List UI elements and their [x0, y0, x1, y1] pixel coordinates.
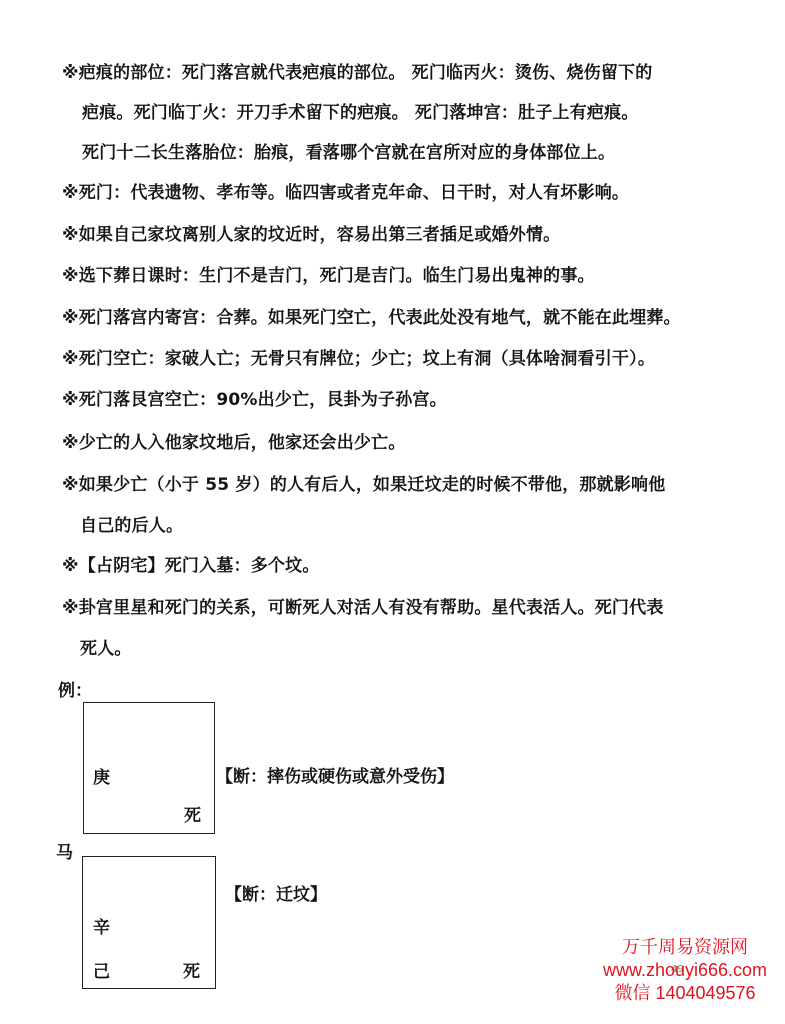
stem-xin: 辛 [93, 913, 110, 938]
watermark: 万千周易资源网 www.zhouyi666.com 微信 1404049576 [585, 936, 785, 1005]
horse-star-label: 马 [56, 838, 73, 863]
paragraph-grave-proximity: ※如果自己家坟离别人家的坟近时，容易出第三者插足或婚外情。 [62, 220, 560, 245]
paragraph-joint-burial: ※死门落宫内寄宫：合葬。如果死门空亡，代表此处没有地气，就不能在此埋葬。 [62, 303, 681, 328]
watermark-wechat: 微信 1404049576 [585, 982, 785, 1005]
paragraph-gen-palace-void: ※死门落艮宫空亡：90%出少亡，艮卦为子孙宫。 [62, 385, 447, 410]
verdict-text: 【断：迁坟】 [225, 880, 327, 905]
stem-geng: 庚 [93, 763, 110, 788]
palace-box: 辛 己 死 [82, 856, 216, 989]
example-label: 例： [58, 676, 92, 701]
paragraph-early-death-grave: ※少亡的人入他家坟地后，他家还会出少亡。 [62, 428, 406, 453]
text-line: 死门十二长生落胎位：胎痕，看落哪个宫就在宫所对应的身体部位上。 [82, 138, 615, 163]
text-line: 疤痕。死门临丁火：开刀手术留下的疤痕。 死门落坤宫：肚子上有疤痕。 [82, 98, 639, 123]
death-gate: 死 [184, 801, 201, 826]
paragraph-void-death-gate: ※死门空亡：家破人亡；无骨只有牌位；少亡；坟上有洞（具体啥洞看引干）。 [62, 344, 655, 369]
text-line: ※如果少亡（小于 55 岁）的人有后人，如果迁坟走的时候不带他，那就影响他 [62, 470, 665, 495]
death-gate: 死 [183, 957, 200, 982]
text-line: 死人。 [80, 634, 132, 659]
paragraph-burial-date: ※选下葬日课时：生门不是吉门，死门是吉门。临生门易出鬼神的事。 [62, 261, 595, 286]
stem-ji: 己 [93, 957, 110, 982]
paragraph-death-gate-relics: ※死门：代表遗物、孝布等。临四害或者克年命、日干时，对人有坏影响。 [62, 178, 629, 203]
verdict-text: 【断：摔伤或硬伤或意外受伤】 [216, 762, 454, 787]
text-line: ※疤痕的部位：死门落宫就代表疤痕的部位。 死门临丙火：烫伤、烧伤留下的 [62, 58, 652, 83]
paragraph-yin-dwelling: ※【占阴宅】死门入墓：多个坟。 [62, 551, 320, 576]
watermark-site-name: 万千周易资源网 [585, 936, 785, 959]
text-line: ※卦宫里星和死门的关系，可断死人对活人有没有帮助。星代表活人。死门代表 [62, 593, 664, 618]
palace-box: 庚 死 [83, 702, 215, 834]
watermark-url: www.zhouyi666.com [585, 959, 785, 982]
text-line: 自己的后人。 [80, 511, 183, 536]
